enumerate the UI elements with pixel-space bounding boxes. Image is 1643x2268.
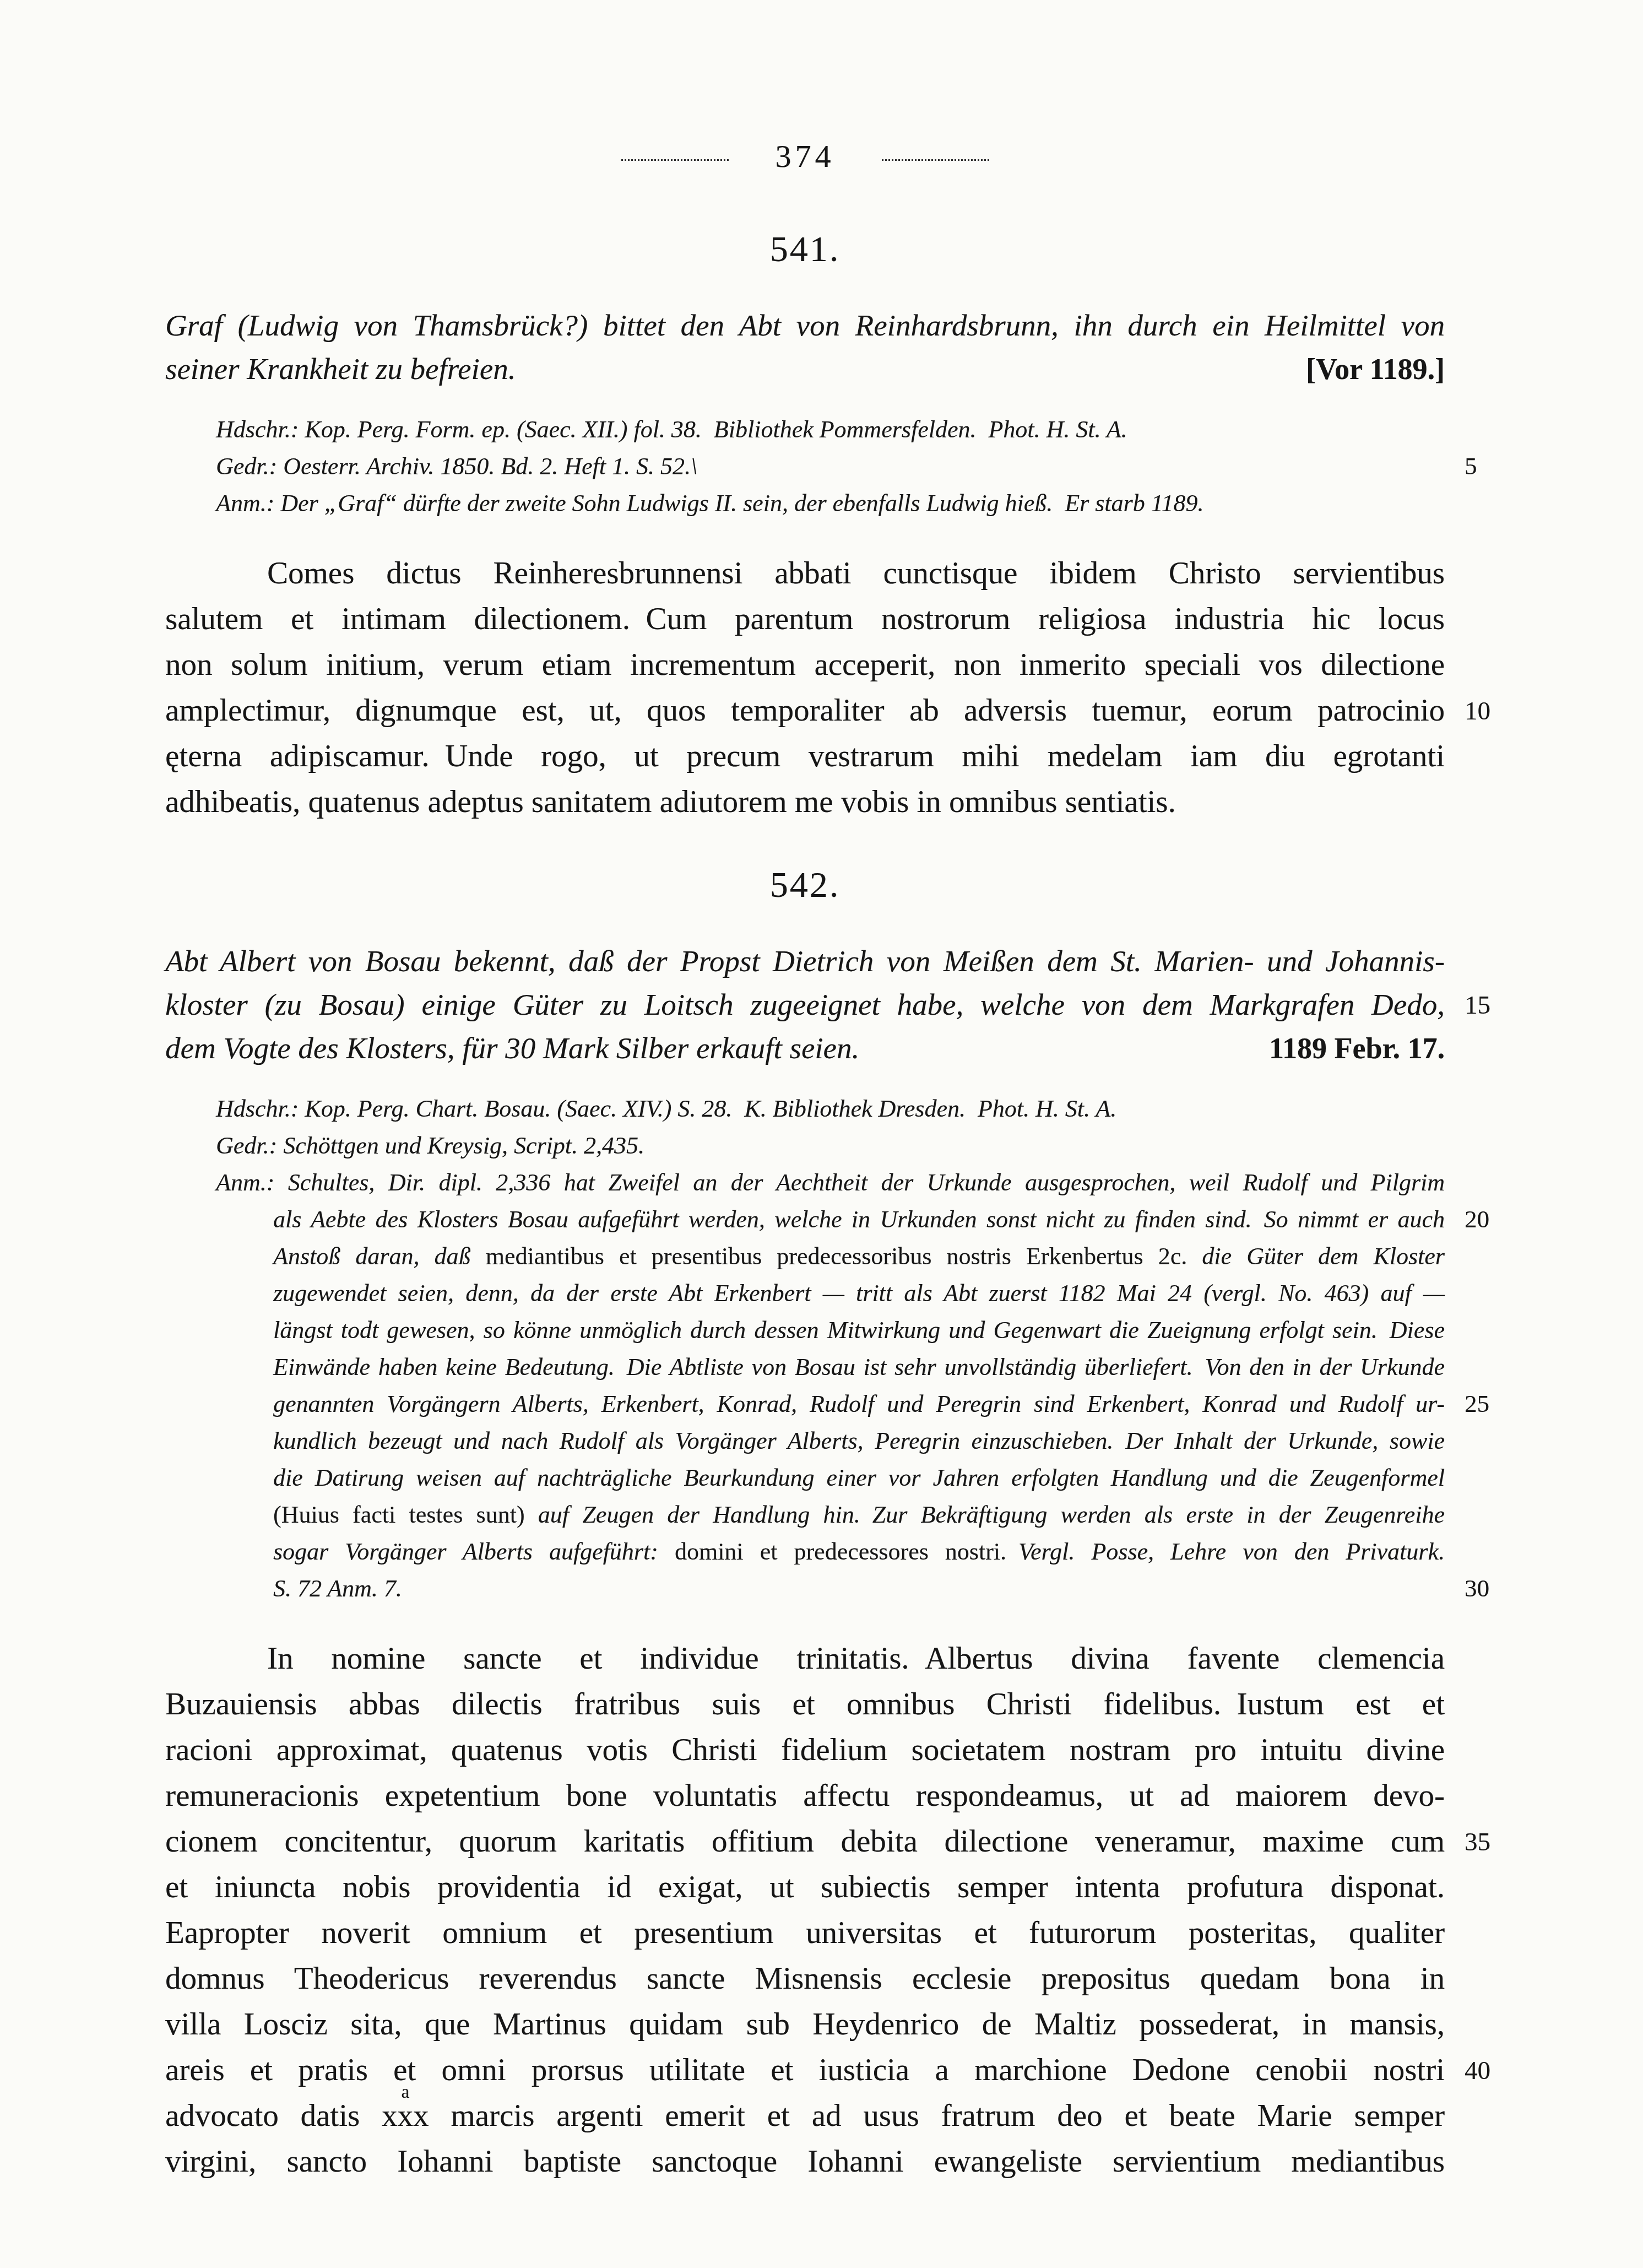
text-line: areis et pratis et omni prorsus utilitat… [165, 2047, 1445, 2093]
text-line: längst todt gewesen, so könne unmöglich … [216, 1312, 1445, 1349]
entry-sources: Hdschr.: Kop. Perg. Chart. Bosau. (Saec.… [216, 1090, 1445, 1607]
text-segment: marcis argenti emerit et ad usus fratrum… [429, 2098, 1445, 2133]
text-segment: die Datirung weisen auf nachträgliche Be… [273, 1464, 1445, 1491]
text-segment: Vergl. Posse, Lehre von den Privaturk. [1006, 1538, 1445, 1565]
text-segment: virgini, sancto Iohanni baptiste sanctoq… [165, 2144, 1445, 2179]
text-segment: genannten Vorgängern Alberts, Erkenbert,… [273, 1390, 1445, 1417]
margin-line-number: 15 [1465, 984, 1490, 1027]
text-segment: Gedr.: Schöttgen und Kreysig, Script. 2,… [216, 1132, 644, 1159]
text-line: Einwände haben keine Bedeutung. Die Abtl… [216, 1349, 1445, 1385]
text-segment: Anstoß daran, daß [273, 1243, 486, 1270]
text-segment: non solum initium, verum etiam increment… [165, 647, 1445, 682]
text-segment: villa Losciz sita, que Martinus quidam s… [165, 2007, 1445, 2042]
margin-line-number: 40 [1465, 2048, 1490, 2094]
entry-summary: Abt Albert von Bosau bekennt, daß der Pr… [165, 939, 1445, 1070]
text-line: racioni approximat, quatenus votis Chris… [165, 1727, 1445, 1773]
margin-line-number: 20 [1465, 1201, 1489, 1238]
text-segment: S. 72 Anm. 7. [273, 1575, 402, 1602]
text-segment: Hdschr.: Kop. Perg. Chart. Bosau. (Saec.… [216, 1095, 1116, 1122]
text-segment: domnus Theodericus reverendus sancte Mis… [165, 1961, 1445, 1996]
text-line: Gedr.: Schöttgen und Kreysig, Script. 2,… [216, 1127, 1445, 1164]
entry-body: In nomine sancte et individue trinitatis… [165, 1636, 1445, 2184]
scanned-page: 374 541.Graf (Ludwig von Thamsbrück?) bi… [0, 0, 1643, 2268]
text-segment: domini et predecessores nostri. [675, 1538, 1006, 1565]
text-segment: amplectimur, dignumque est, ut, quos tem… [165, 693, 1445, 728]
text-line: genannten Vorgängern Alberts, Erkenbert,… [216, 1385, 1445, 1422]
header-rule-right [882, 159, 989, 161]
text-segment: längst todt gewesen, so könne unmöglich … [273, 1317, 1445, 1344]
text-segment: Einwände haben keine Bedeutung. Die Abtl… [273, 1354, 1445, 1381]
text-line: zugewendet seien, denn, da der erste Abt… [216, 1275, 1445, 1312]
text-line: (Huius facti testes sunt) auf Zeugen der… [216, 1496, 1445, 1533]
text-line: seiner Krankheit zu befreien.[Vor 1189.] [165, 347, 1445, 391]
text-line: als Aebte des Klosters Bosau aufgeführt … [216, 1201, 1445, 1238]
text-line: Graf (Ludwig von Thamsbrück?) bittet den… [165, 304, 1445, 347]
text-line: domnus Theodericus reverendus sancte Mis… [165, 1956, 1445, 2001]
text-line: Comes dictus Reinheresbrunnensi abbati c… [165, 550, 1445, 596]
margin-line-number: 30 [1465, 1570, 1489, 1607]
text-line: et iniuncta nobis providentia id exigat,… [165, 1864, 1445, 1910]
entry-541: 541.Graf (Ludwig von Thamsbrück?) bittet… [165, 229, 1445, 825]
text-segment: salutem et intimam dilectionem. Cum pare… [165, 602, 1445, 636]
margin-line-number: 35 [1465, 1820, 1490, 1865]
text-segment: als Aebte des Klosters Bosau aufgeführt … [273, 1206, 1445, 1233]
header-rule-left [621, 159, 729, 161]
text-line: cionem concitentur, quorum karitatis off… [165, 1818, 1445, 1864]
text-segment: Eapropter noverit omnium et presentium u… [165, 1915, 1445, 1950]
text-line: sogar Vorgänger Alberts aufgeführt: domi… [216, 1533, 1445, 1570]
text-line: Anm.: Der „Graf“ dürfte der zweite Sohn … [216, 485, 1445, 522]
text-segment: remuneracionis expetentium bone voluntat… [165, 1778, 1445, 1813]
charter-entries: 541.Graf (Ludwig von Thamsbrück?) bittet… [165, 229, 1445, 2184]
entry-body: Comes dictus Reinheresbrunnensi abbati c… [165, 550, 1445, 825]
text-line: die Datirung weisen auf nachträgliche Be… [216, 1459, 1445, 1496]
text-segment: Graf (Ludwig von Thamsbrück?) bittet den… [165, 308, 1445, 342]
text-line: kloster (zu Bosau) einige Güter zu Loits… [165, 983, 1445, 1026]
text-line: villa Losciz sita, que Martinus quidam s… [165, 2001, 1445, 2047]
text-line: Buzauiensis abbas dilectis fratribus sui… [165, 1681, 1445, 1727]
text-segment: kloster (zu Bosau) einige Güter zu Loits… [165, 988, 1445, 1021]
page-header: 374 [165, 138, 1445, 175]
text-line: adhibeatis, quatenus adeptus sanitatem a… [165, 779, 1445, 825]
text-segment: seiner Krankheit zu befreien. [165, 352, 516, 386]
text-line: S. 72 Anm. 7.30 [216, 1570, 1445, 1607]
line-text: seiner Krankheit zu befreien. [165, 347, 516, 391]
text-segment: Hdschr.: Kop. Perg. Form. ep. (Saec. XII… [216, 416, 1127, 443]
text-segment: Anm.: Der „Graf“ dürfte der zweite Sohn … [216, 490, 1203, 517]
text-segment: (Huius facti testes sunt) [273, 1501, 525, 1528]
text-line: In nomine sancte et individue trinitatis… [165, 1636, 1445, 1681]
text-segment: Gedr.: Oesterr. Archiv. 1850. Bd. 2. Hef… [216, 453, 697, 480]
text-segment: cionem concitentur, quorum karitatis off… [165, 1824, 1445, 1859]
text-segment: ęterna adipiscamur. Unde rogo, ut precum… [165, 739, 1445, 773]
text-segment: advocato datis [165, 2098, 382, 2133]
text-segment: racioni approximat, quatenus votis Chris… [165, 1733, 1445, 1767]
text-segment: die Güter dem Kloster [1187, 1243, 1445, 1270]
entry-heading: 542. [165, 864, 1445, 906]
date-label: 1189 Febr. 17. [1269, 1027, 1445, 1070]
text-line: salutem et intimam dilectionem. Cum pare… [165, 596, 1445, 642]
text-segment: kundlich bezeugt und nach Rudolf als Vor… [273, 1427, 1445, 1454]
text-line: Eapropter noverit omnium et presentium u… [165, 1910, 1445, 1956]
entry-542: 542.Abt Albert von Bosau bekennt, daß de… [165, 864, 1445, 2184]
text-segment: dem Vogte des Klosters, für 30 Mark Silb… [165, 1031, 859, 1065]
text-segment: auf Zeugen der Handlung hin. Zur Bekräft… [525, 1501, 1445, 1528]
text-line: Hdschr.: Kop. Perg. Form. ep. (Saec. XII… [216, 411, 1445, 448]
margin-line-number: 10 [1465, 689, 1490, 734]
text-line: Abt Albert von Bosau bekennt, daß der Pr… [165, 939, 1445, 983]
text-line: remuneracionis expetentium bone voluntat… [165, 1773, 1445, 1818]
text-segment: adhibeatis, quatenus adeptus sanitatem a… [165, 784, 1176, 819]
entry-heading: 541. [165, 229, 1445, 270]
text-segment: zugewendet seien, denn, da der erste Abt… [273, 1280, 1445, 1307]
text-line: Anm.: Schultes, Dir. dipl. 2,336 hat Zwe… [216, 1164, 1445, 1201]
text-line: non solum initium, verum etiam increment… [165, 642, 1445, 688]
date-label: [Vor 1189.] [1306, 348, 1445, 391]
text-line: dem Vogte des Klosters, für 30 Mark Silb… [165, 1026, 1445, 1070]
text-segment: Comes dictus Reinheresbrunnensi abbati c… [267, 556, 1445, 591]
text-segment: Buzauiensis abbas dilectis fratribus sui… [165, 1687, 1445, 1722]
text-line: Gedr.: Oesterr. Archiv. 1850. Bd. 2. Hef… [216, 448, 1445, 485]
entry-sources: Hdschr.: Kop. Perg. Form. ep. (Saec. XII… [216, 411, 1445, 522]
text-segment: In nomine sancte et individue trinitatis… [267, 1641, 1445, 1676]
margin-line-number: 25 [1465, 1385, 1489, 1422]
text-segment: Abt Albert von Bosau bekennt, daß der Pr… [165, 944, 1445, 978]
text-line: Anstoß daran, daß mediantibus et present… [216, 1238, 1445, 1275]
text-segment: Anm.: Schultes, Dir. dipl. 2,336 hat Zwe… [216, 1169, 1445, 1196]
text-line: ęterna adipiscamur. Unde rogo, ut precum… [165, 733, 1445, 779]
text-segment: mediantibus et presentibus predecessorib… [486, 1243, 1187, 1270]
text-line: advocato datis xxx marcis argenti emerit… [165, 2093, 1445, 2139]
text-line: amplectimur, dignumque est, ut, quos tem… [165, 688, 1445, 733]
text-segment: areis et pratis et omni prorsus utilitat… [165, 2053, 1445, 2087]
margin-line-number: 5 [1465, 448, 1477, 485]
text-line: virgini, sancto Iohanni baptiste sanctoq… [165, 2139, 1445, 2184]
text-line: Hdschr.: Kop. Perg. Chart. Bosau. (Saec.… [216, 1090, 1445, 1127]
roman-numeral-with-superscript: xxx [382, 2093, 429, 2139]
text-segment: sogar Vorgänger Alberts aufgeführt: [273, 1538, 675, 1565]
entry-summary: Graf (Ludwig von Thamsbrück?) bittet den… [165, 304, 1445, 391]
line-text: dem Vogte des Klosters, für 30 Mark Silb… [165, 1026, 859, 1070]
text-segment: et iniuncta nobis providentia id exigat,… [165, 1870, 1445, 1904]
text-line: kundlich bezeugt und nach Rudolf als Vor… [216, 1422, 1445, 1459]
page-number: 374 [776, 138, 835, 175]
